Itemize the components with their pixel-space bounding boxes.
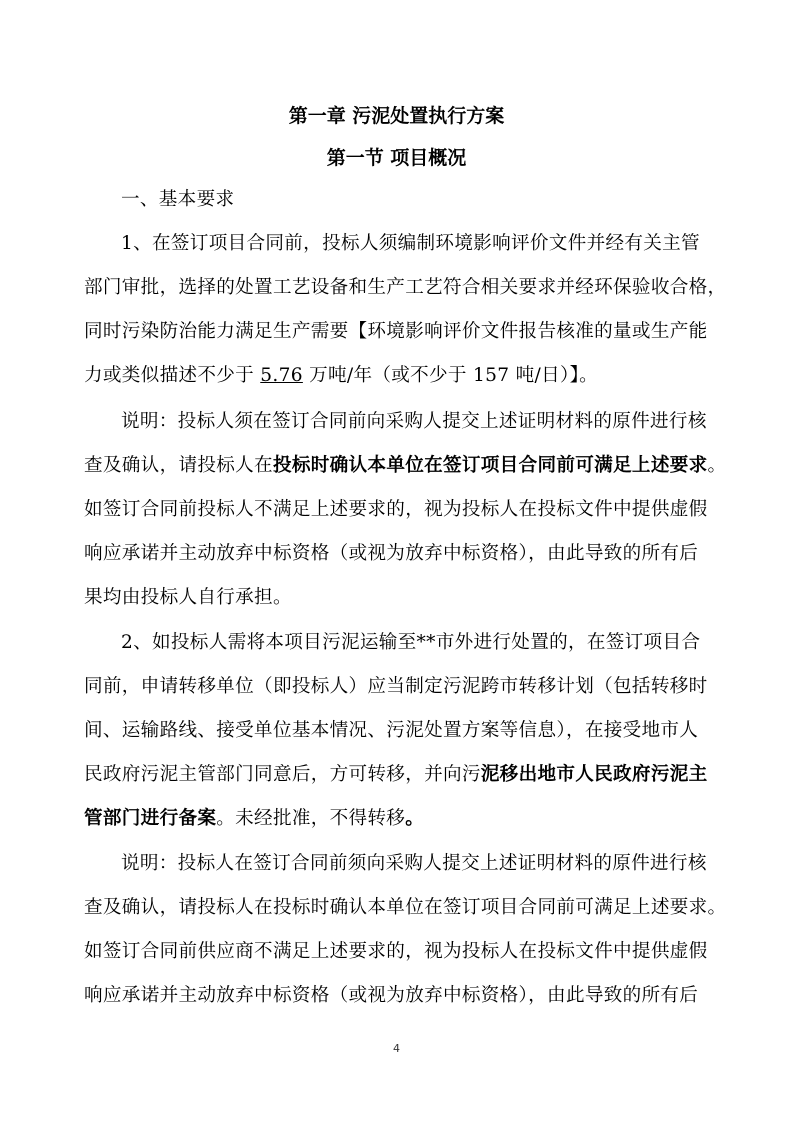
note2-line2: 查及确认，请投标人在投标时确认本单位在签订项目合同前可满足上述要求。 (84, 896, 714, 920)
item1-line4-prefix: 力或类似描述不少于 (84, 365, 254, 386)
chapter-title: 第一章 污泥处置执行方案 (0, 101, 793, 128)
note1-line1: 说明：投标人须在签订合同前向采购人提交上述证明材料的原件进行核 (121, 410, 751, 434)
item2-line2: 同前，申请转移单位（即投标人）应当制定污泥跨市转移计划（包括转移时 (84, 675, 714, 699)
capacity-value: 5.76 (260, 365, 303, 386)
item2-line5-end: 。 (405, 808, 424, 829)
item2-line4-normal: 民政府污泥主管部门同意后，方可转移，并向污 (84, 764, 481, 785)
item1-line4-suffix: 万吨/年（或不少于 157 吨/日）】。 (309, 365, 598, 386)
note2-line1: 说明：投标人在签订合同前须向采购人提交上述证明材料的原件进行核 (121, 852, 751, 876)
note1-line3: 如签订合同前投标人不满足上述要求的，视为投标人在投标文件中提供虚假 (84, 498, 714, 522)
document-page: 第一章 污泥处置执行方案 第一节 项目概况 一、基本要求 1、在签订项目合同前，… (0, 0, 793, 1122)
item1-line2: 部门审批，选择的处置工艺设备和生产工艺符合相关要求并经环保验收合格， (84, 276, 714, 300)
page-number: 4 (0, 1042, 793, 1055)
item1-line4: 力或类似描述不少于 5.76 万吨/年（或不少于 157 吨/日）】。 (84, 364, 714, 388)
note1-line2: 查及确认，请投标人在投标时确认本单位在签订项目合同前可满足上述要求。 (84, 454, 714, 478)
item2-line4: 民政府污泥主管部门同意后，方可转移，并向污泥移出地市人民政府污泥主 (84, 763, 714, 787)
note2-line3: 如签订合同前供应商不满足上述要求的，视为投标人在投标文件中提供虚假 (84, 940, 714, 964)
note1-line5: 果均由投标人自行承担。 (84, 586, 714, 610)
note2-line4: 响应承诺并主动放弃中标资格（或视为放弃中标资格），由此导致的所有后 (84, 984, 714, 1008)
item2-line5-bold: 管部门进行备案 (84, 808, 216, 829)
item2-line1: 2、如投标人需将本项目污泥运输至**市外进行处置的，在签订项目合 (121, 631, 751, 655)
item1-line3: 同时污染防治能力满足生产需要【环境影响评价文件报告核准的量或生产能 (84, 320, 714, 344)
item2-line5-normal: 。未经批准，不得转移 (216, 808, 405, 829)
note1-line4: 响应承诺并主动放弃中标资格（或视为放弃中标资格），由此导致的所有后 (84, 542, 714, 566)
item2-line4-bold: 泥移出地市人民政府污泥主 (481, 764, 708, 785)
note1-line2-end: 。 (708, 455, 727, 476)
section-title: 第一节 项目概况 (0, 143, 793, 170)
item2-line3: 间、运输路线、接受单位基本情况、污泥处置方案等信息），在接受地市人 (84, 719, 714, 743)
item1-line1: 1、在签订项目合同前，投标人须编制环境影响评价文件并经有关主管 (121, 232, 751, 256)
note1-line2-bold: 投标时确认本单位在签订项目合同前可满足上述要求 (273, 455, 708, 476)
note1-line2-normal: 查及确认，请投标人在 (84, 455, 273, 476)
subheading: 一、基本要求 (121, 188, 751, 212)
item2-line5: 管部门进行备案。未经批准，不得转移。 (84, 807, 714, 831)
